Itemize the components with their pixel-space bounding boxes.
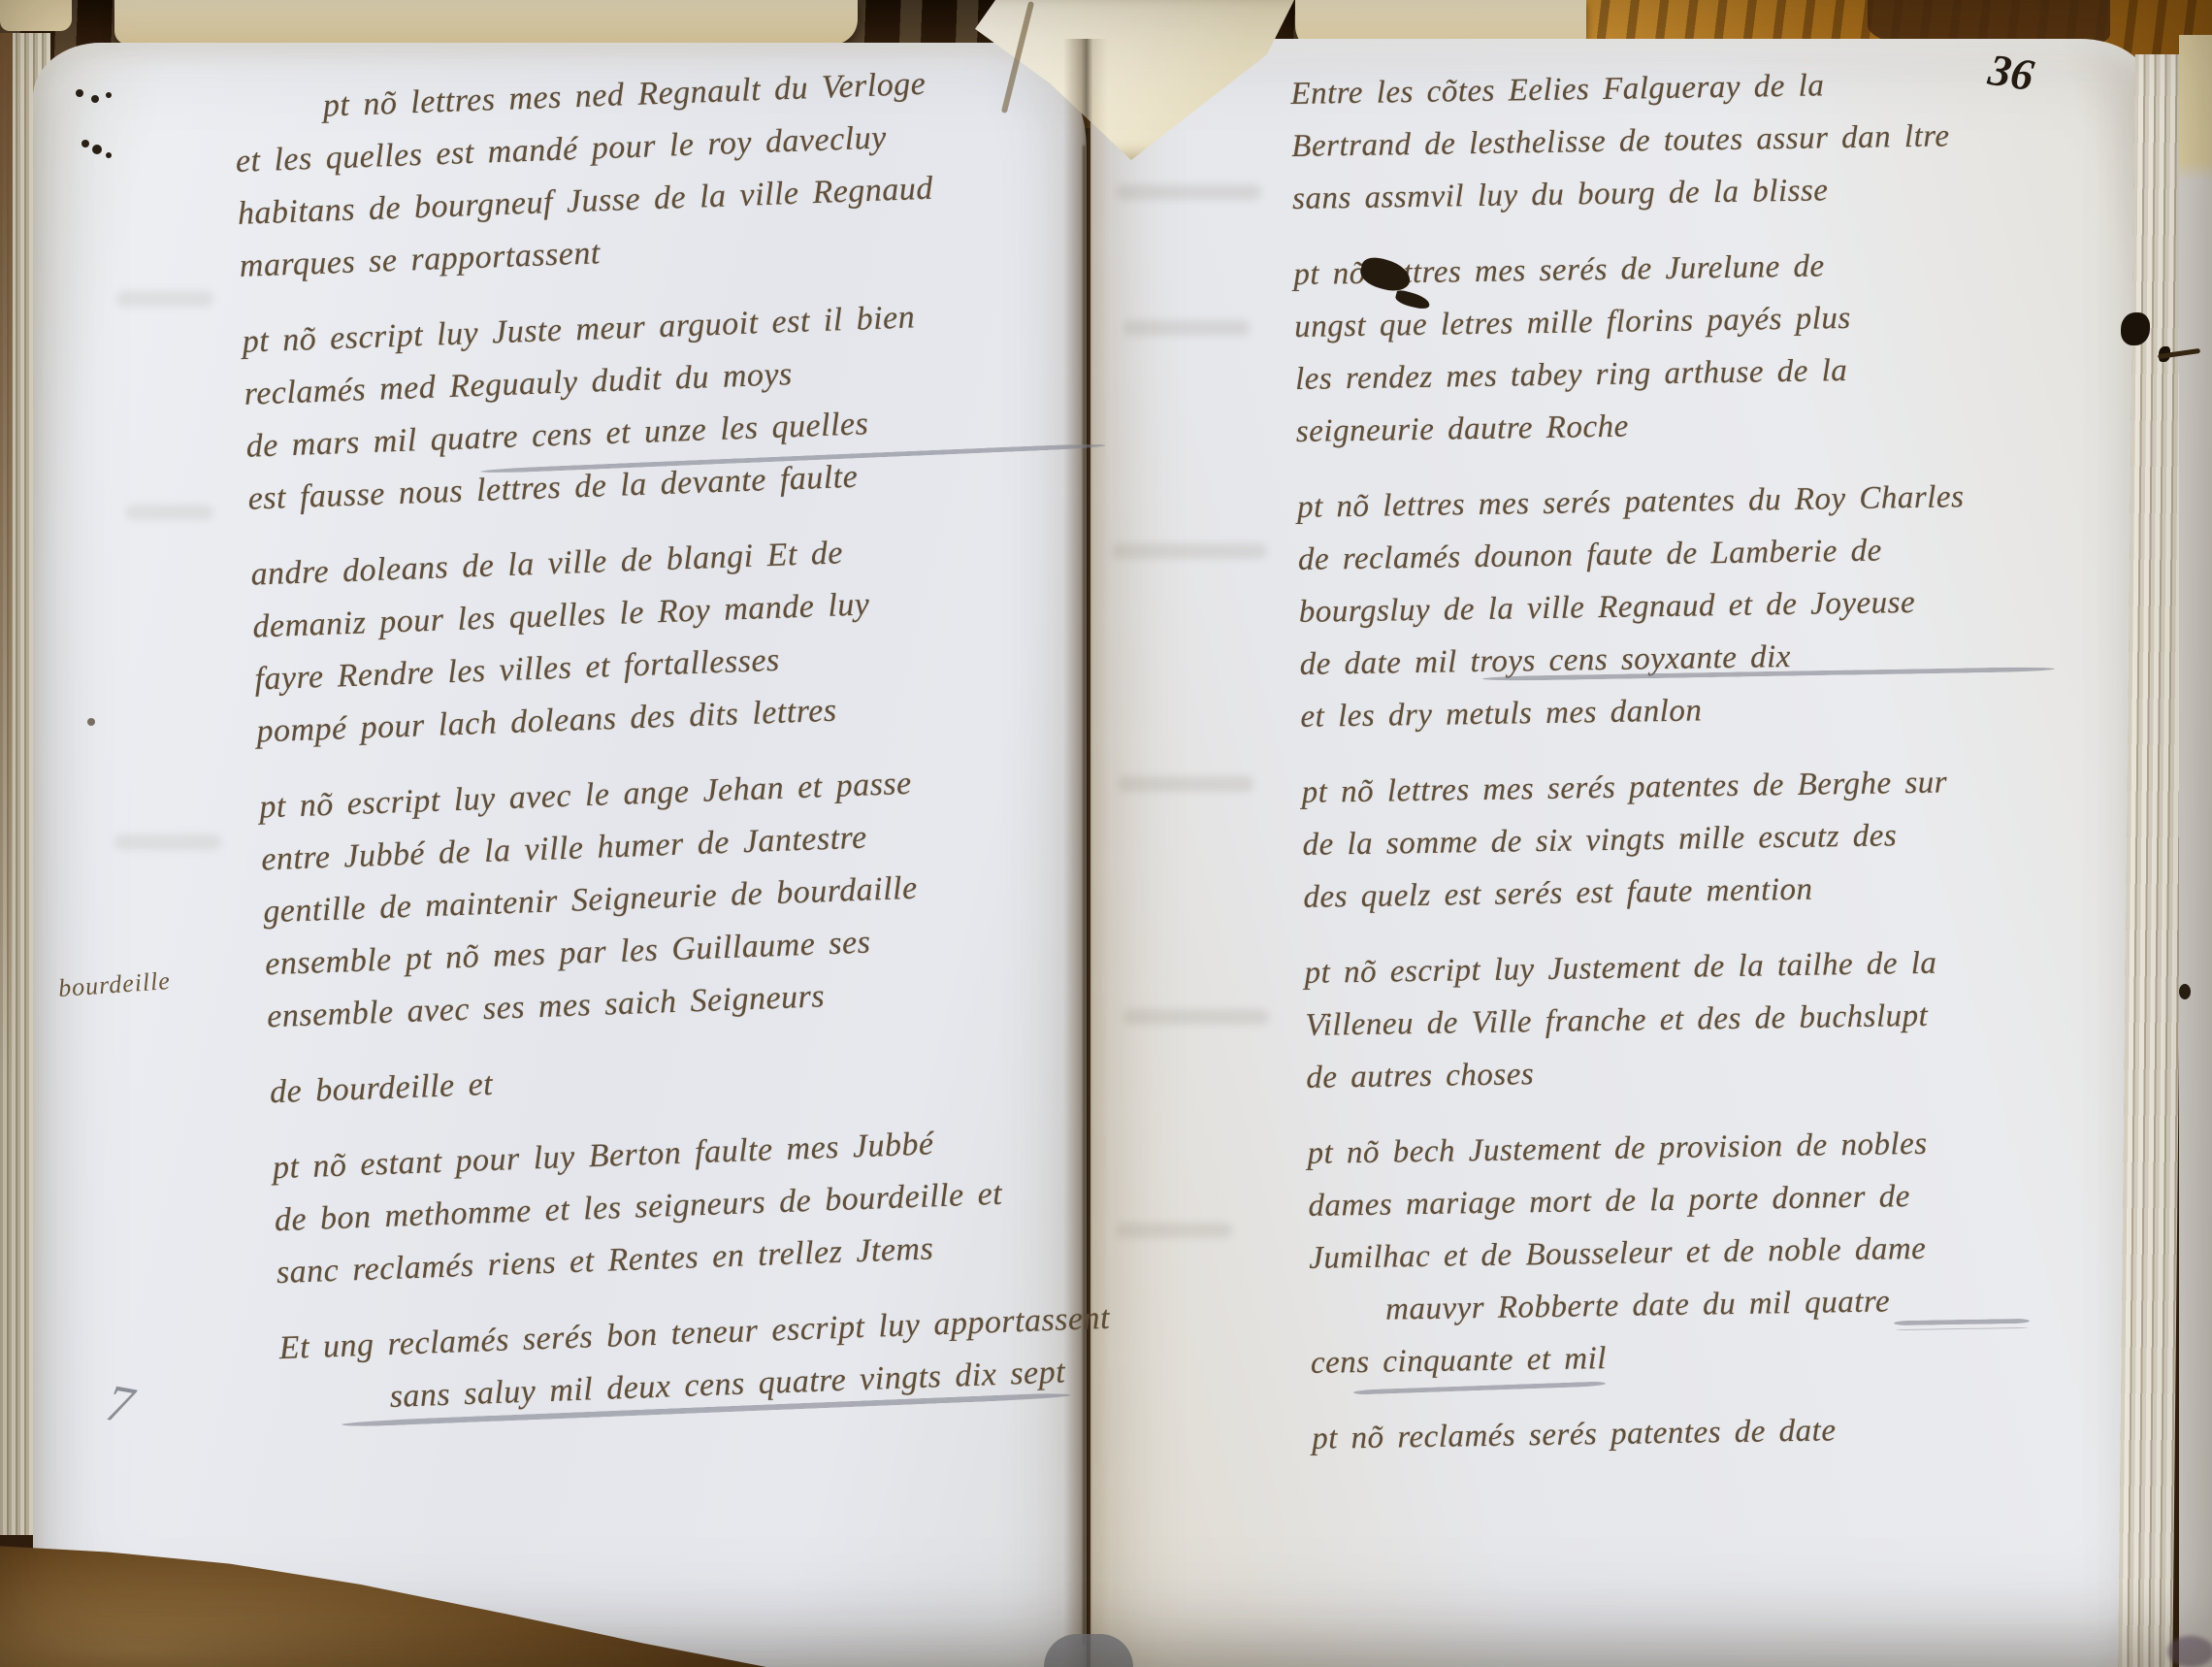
left-page-text: pt nõ lettres mes ned Regnault du Verlog… xyxy=(233,51,1171,1596)
right-paragraph-7: pt nõ reclamés serés patentes de date xyxy=(1312,1399,2157,1465)
left-paragraph-2: pt nõ escript luy Juste meur arguoit est… xyxy=(242,283,1131,525)
ink-showthrough xyxy=(126,505,213,520)
right-paragraph-6: pt nõ bech Justement de provision de nob… xyxy=(1307,1114,2155,1389)
ink-showthrough xyxy=(1112,543,1267,559)
left-paragraph-5: de bourdeille et xyxy=(269,1034,1153,1119)
manuscript-photo: pt nõ lettres mes ned Regnault du Verlog… xyxy=(0,0,2212,1667)
left-paragraph-3: andre doleans de la ville de blangi Et d… xyxy=(250,516,1140,758)
next-page-edge xyxy=(2179,35,2212,1667)
right-paragraph-3: pt nõ lettres mes serés patentes du Roy … xyxy=(1297,468,2145,743)
ink-showthrough xyxy=(1123,320,1250,336)
right-page-text: Entre les cõtes Eelies Falgueray de laBe… xyxy=(1290,54,2158,1581)
right-paragraph-2: pt nõ lettres mes serés de Jurelune deun… xyxy=(1293,235,2140,458)
right-paragraph-4: pt nõ lettres mes serés patentes de Berg… xyxy=(1301,753,2147,924)
folio-scribble-dots xyxy=(76,89,83,97)
paper-speck xyxy=(87,718,95,726)
ink-blot-small xyxy=(2179,984,2191,999)
left-paragraph-6: pt nõ estant pour luy Berton faulte mes … xyxy=(272,1110,1159,1299)
folio-number: 36 xyxy=(1985,44,2037,102)
ink-showthrough xyxy=(1116,184,1261,200)
right-paragraph-5: pt nõ escript luy Justement de la tailhe… xyxy=(1304,933,2150,1104)
left-paragraph-4: pt nõ escript luy avec le ange Jehan et … xyxy=(258,749,1150,1043)
loose-sheet-corner xyxy=(0,0,72,31)
ink-showthrough xyxy=(114,834,221,850)
loose-sheet-left xyxy=(114,0,858,45)
ink-blot-fore-edge xyxy=(2121,312,2150,345)
corner-smudge xyxy=(2167,1636,2212,1667)
manuscript-line: de bourdeille et xyxy=(269,1034,1153,1119)
ink-showthrough xyxy=(116,291,213,307)
manuscript-line: pt nõ reclamés serés patentes de date xyxy=(1312,1399,2157,1465)
left-paragraph-1: pt nõ lettres mes ned Regnault du Verlog… xyxy=(233,51,1122,293)
